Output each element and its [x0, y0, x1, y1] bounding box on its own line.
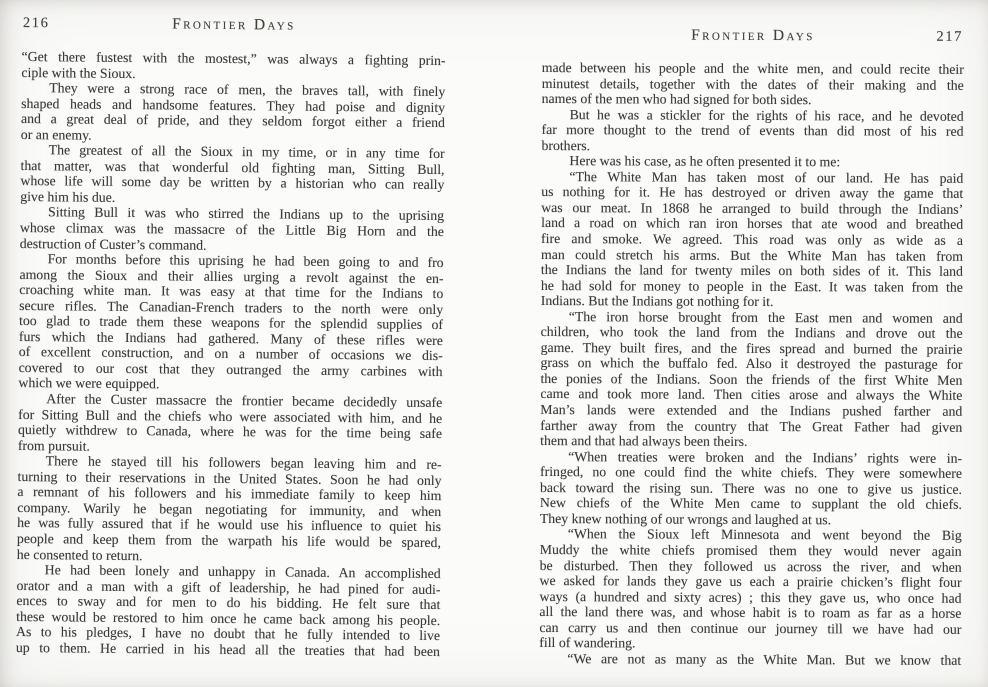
text-line: we asked for lands they gave us each a p…: [540, 573, 962, 590]
page-number: 216: [23, 15, 50, 32]
paragraph: The greatest of all the Sioux in my time…: [20, 142, 445, 208]
text-line: Muddy the white chiefs promised them the…: [540, 542, 962, 559]
text-line: “The White Man has taken most of our lan…: [541, 169, 963, 186]
text-line: They knew nothing of our wrongs and laug…: [540, 511, 962, 528]
running-title: Frontier Days: [542, 26, 964, 46]
text-line: Man’s lands were extended and the Indian…: [540, 402, 962, 419]
page-header: 216 Frontier Days: [22, 14, 446, 37]
running-title: Frontier Days: [22, 14, 446, 36]
text-line: fire and smoke. We agreed. This road was…: [541, 231, 963, 248]
paragraph: But he was a stickler for the rights of …: [541, 107, 963, 155]
text-line: “When the Sioux left Minnesota and went …: [540, 526, 962, 543]
text-line: farther away from the country that The G…: [540, 418, 962, 435]
text-line: names of the men who had signed for both…: [542, 91, 964, 108]
text-line: them and that had always been theirs.: [540, 433, 962, 450]
paragraph: made between his people and the white me…: [542, 60, 964, 108]
text-line: man could stretch his arms. But the Whit…: [541, 247, 963, 264]
page-number: 217: [936, 29, 963, 46]
text-line: game. They built fires, and the fires sp…: [541, 340, 963, 357]
text-line: he had sold for money to people in the E…: [541, 278, 963, 295]
paragraph: After the Custer massacre the frontier b…: [18, 391, 443, 457]
page-right: 217 Frontier Days made between his peopl…: [539, 26, 964, 668]
text-line: Here was his case, as he often presented…: [541, 153, 963, 170]
paragraph: “Get there fustest with the mostest,” wa…: [21, 49, 445, 84]
page-body: made between his people and the white me…: [539, 60, 964, 668]
text-line: brothers.: [541, 138, 963, 155]
text-line: ways (a hundred and sixty acres) ; this …: [539, 589, 961, 606]
paragraph: “When the Sioux left Minnesota and went …: [539, 526, 962, 652]
text-line: can carry us and then continue our journ…: [539, 620, 961, 637]
page-body: “Get there fustest with the mostest,” wa…: [16, 49, 446, 659]
text-line: made between his people and the white me…: [542, 60, 964, 77]
text-line: “When treaties were broken and the India…: [540, 449, 962, 466]
text-line: fringed, no one could find the white chi…: [540, 464, 962, 481]
paragraph: “When treaties were broken and the India…: [540, 449, 962, 529]
text-line: us nothing for it. He has destroyed or d…: [541, 184, 963, 201]
paragraph: They were a strong race of men, the brav…: [21, 80, 446, 146]
text-line: New chiefs of the White Men came to supp…: [540, 495, 962, 512]
paragraph: “The White Man has taken most of our lan…: [541, 169, 964, 311]
page-header: 217 Frontier Days: [542, 26, 964, 47]
text-line: be disturbed. Then they followed us acro…: [540, 557, 962, 574]
text-line: “We are not as many as the White Man. Bu…: [539, 651, 961, 668]
text-line: land a road on which ran iron horses tha…: [541, 215, 963, 232]
paragraph: Sitting Bull it was who stirred the Indi…: [20, 204, 444, 255]
text-line: up to them. He carried in his head all t…: [16, 640, 440, 660]
page-left: 216 Frontier Days “Get there fustest wit…: [16, 14, 446, 659]
paragraph: For months before this uprising he had b…: [18, 251, 443, 395]
text-line: the Indians the land for twenty miles on…: [541, 262, 963, 279]
text-line: But he was a stickler for the rights of …: [542, 107, 964, 124]
text-line: minutest details, together with the date…: [542, 76, 964, 93]
text-line: children, who took the land from the Ind…: [541, 324, 963, 341]
paragraph: “The iron horse brought from the East me…: [540, 309, 963, 451]
text-line: back toward the rising sun. There was no…: [540, 480, 962, 497]
text-line: fill of wandering.: [539, 635, 961, 652]
paragraph: “We are not as many as the White Man. Bu…: [539, 651, 961, 668]
text-line: came and took more land. Then cities aro…: [540, 386, 962, 403]
text-line: the ponies of the Indians. Soon the frie…: [540, 371, 962, 388]
text-line: “The iron horse brought from the East me…: [541, 309, 963, 326]
paragraph: There he stayed till his followers began…: [17, 453, 442, 566]
paragraph: Here was his case, as he often presented…: [541, 153, 963, 170]
text-line: grass on which the buffalo fed. Also it …: [540, 355, 962, 372]
text-line: was our meat. In 1868 he arranged to bui…: [541, 200, 963, 217]
text-line: far more thought to the trend of events …: [542, 122, 964, 139]
text-line: Indians. But the Indians got nothing for…: [541, 293, 963, 310]
text-line: all the land there was, and whose habit …: [539, 604, 961, 621]
paragraph: He had been lonely and unhappy in Canada…: [16, 562, 441, 659]
book-spread: 216 Frontier Days “Get there fustest wit…: [0, 0, 988, 687]
